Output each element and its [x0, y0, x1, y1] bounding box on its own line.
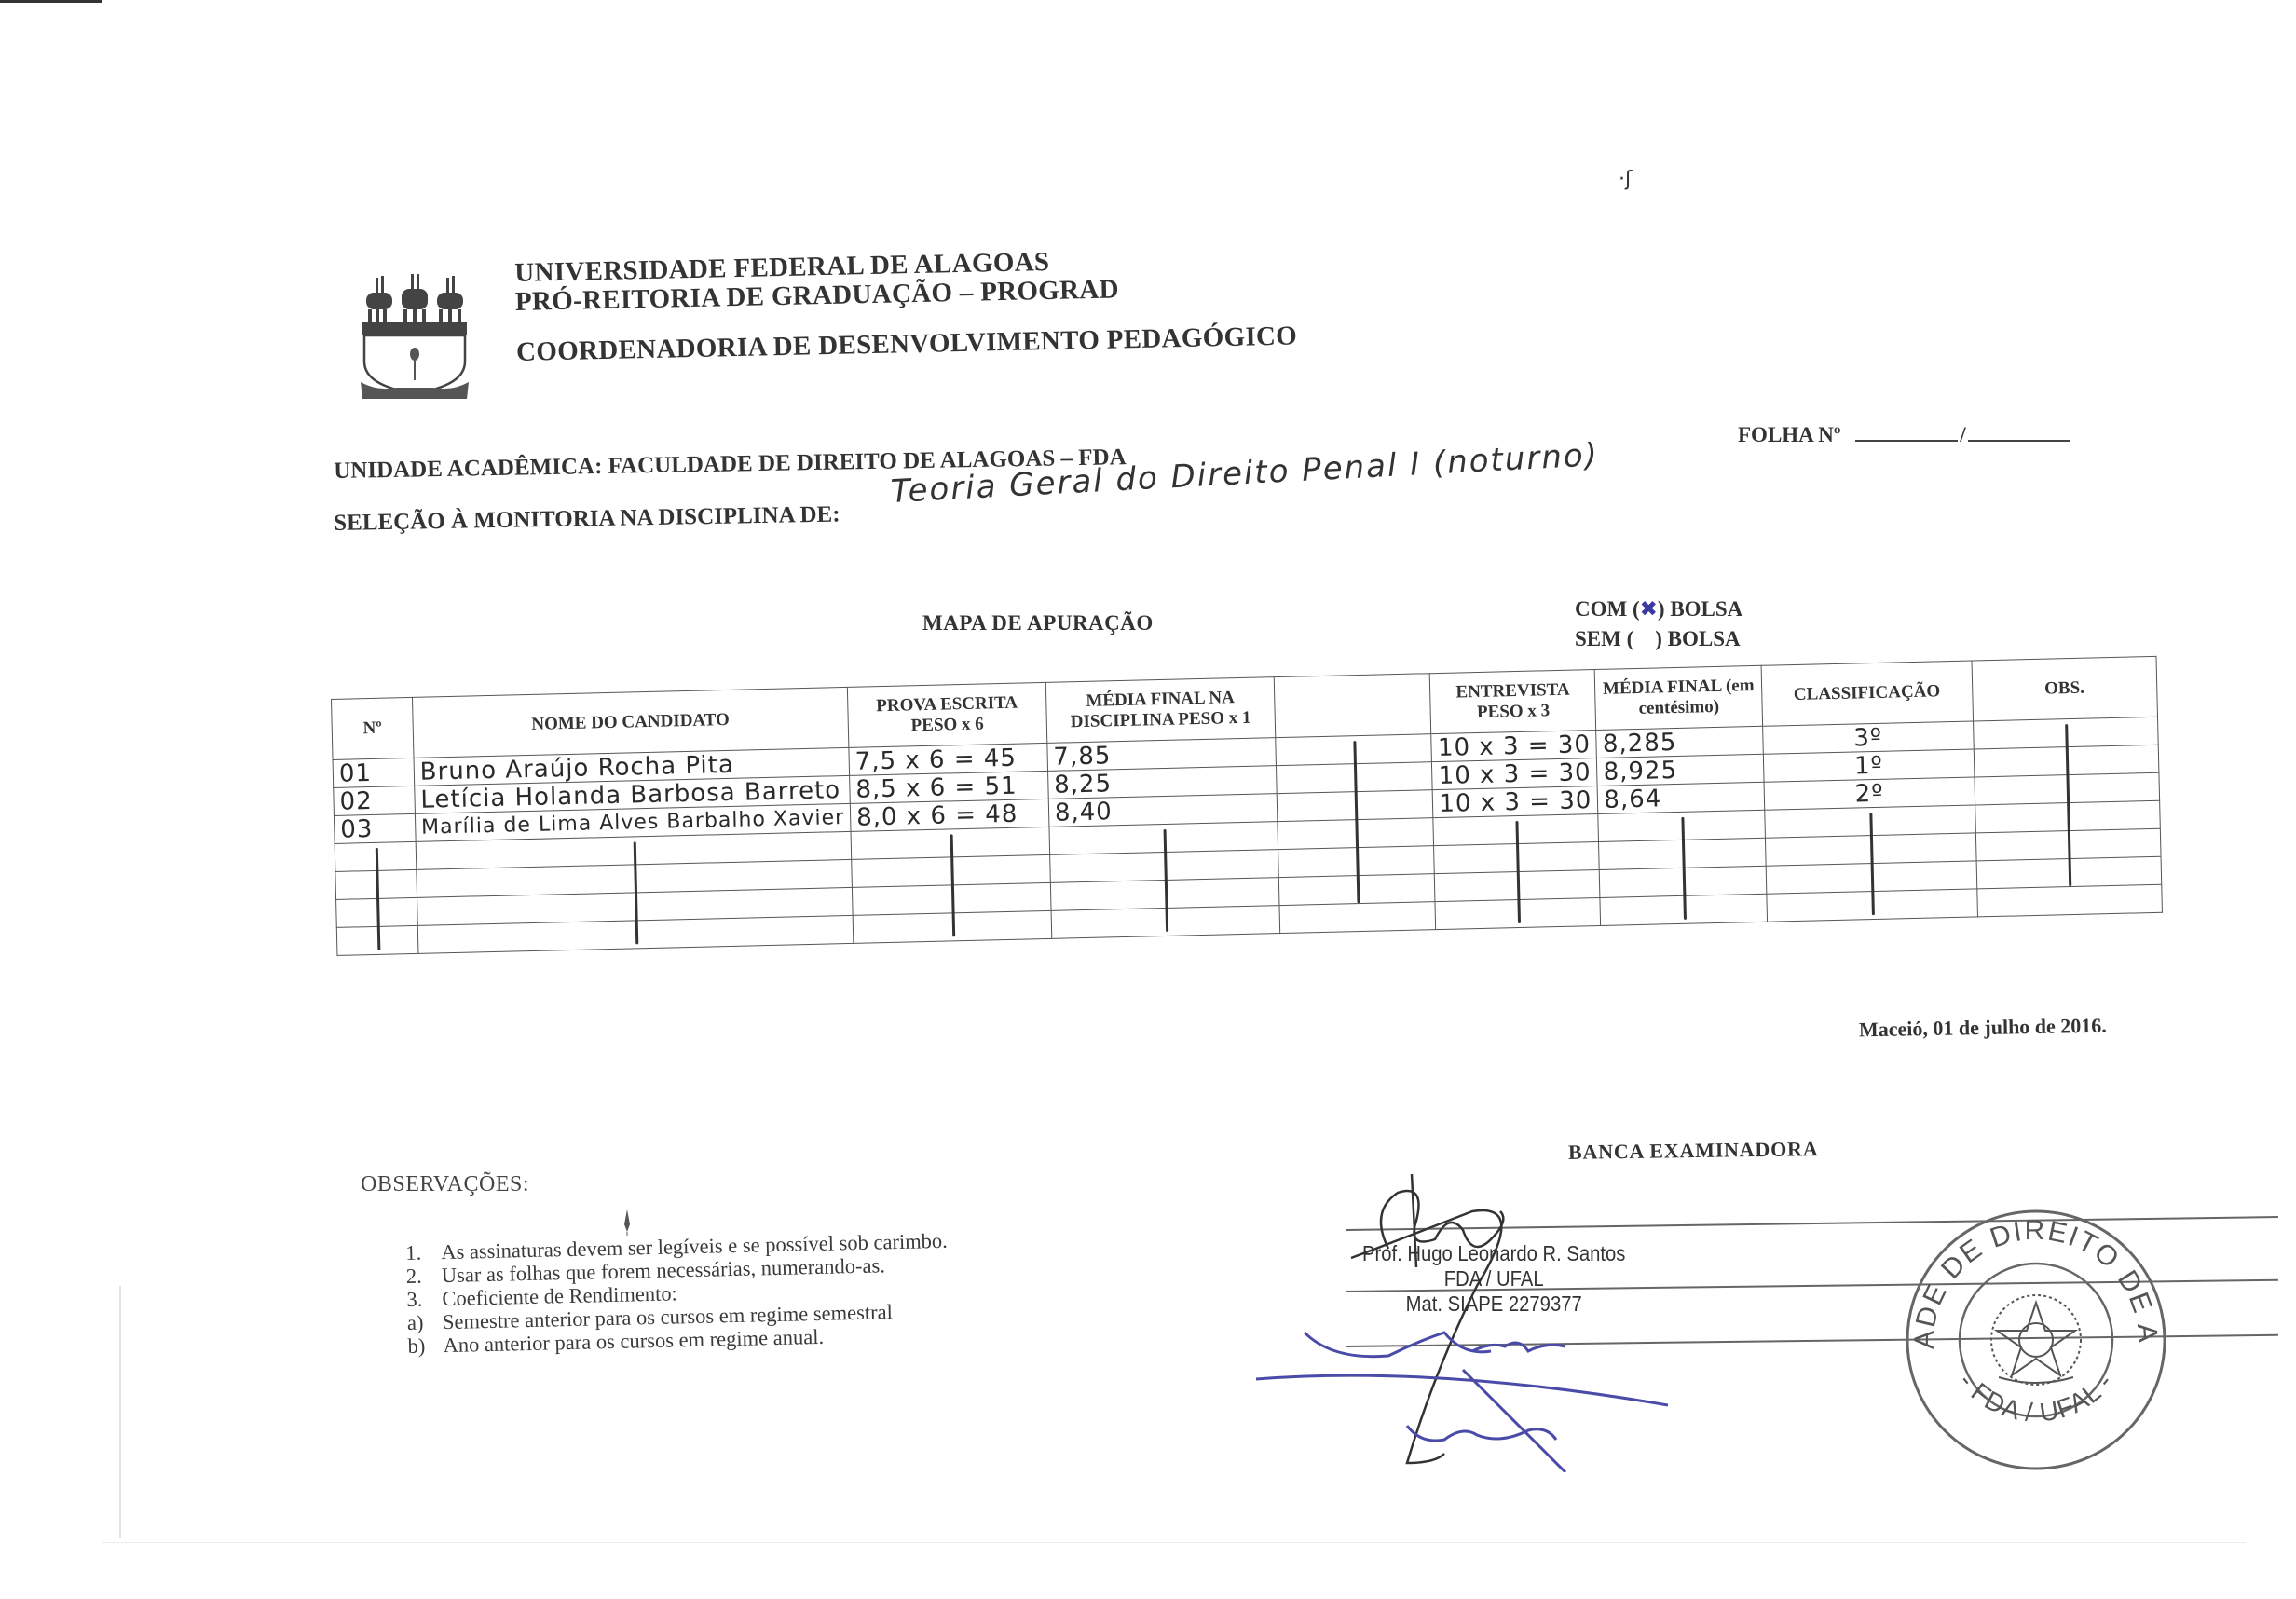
- cell-media-final: 8,285: [1596, 726, 1763, 758]
- col-media-final: MÉDIA FINAL (em centésimo): [1595, 665, 1763, 730]
- local-date: Maceió, 01 de julho de 2016.: [1859, 1014, 2107, 1043]
- col-nome: NOME DO CANDIDATO: [412, 687, 849, 758]
- col-media-disciplina: MÉDIA FINAL NA DISCIPLINA PESO x 1: [1045, 677, 1276, 744]
- com-bolsa-option[interactable]: COM (✖) BOLSA: [1575, 594, 1742, 624]
- cell-entrevista: 10 x 3 = 30: [1432, 758, 1598, 790]
- cell-numero: 03: [334, 813, 416, 843]
- scan-edge-bottom: [102, 1542, 2246, 1543]
- mapa-table-container: Nº NOME DO CANDIDATO PROVA ESCRITA PESO …: [331, 656, 2163, 956]
- cell-media-final: 8,925: [1597, 754, 1764, 786]
- cell-media-final: 8,64: [1597, 782, 1764, 813]
- stray-ink-mark: ·ʃ: [1619, 168, 1632, 191]
- folha-label: FOLHA Nº: [1738, 423, 1840, 446]
- pen-nib-mark-icon: [622, 1209, 632, 1236]
- observacoes-list: 1.As assinaturas devem ser legíveis e se…: [405, 1229, 950, 1358]
- signature-black: [1351, 1174, 1503, 1463]
- brazil-coat-of-arms-icon: [1991, 1295, 2081, 1385]
- cell-entrevista: 10 x 3 = 30: [1431, 731, 1597, 762]
- cell-numero: 02: [334, 786, 416, 815]
- coordenadoria-name: COORDENADORIA DE DESENVOLVIMENTO PEDAGÓG…: [516, 321, 1298, 368]
- examiner-signatures: [1249, 1155, 1901, 1472]
- svg-text:- FDA / UFAL -: - FDA / UFAL -: [1953, 1367, 2119, 1427]
- check-x-icon: ✖: [1640, 597, 1658, 622]
- folha-separator: /: [1960, 423, 1965, 446]
- cell-entrevista: 10 x 3 = 30: [1433, 786, 1599, 817]
- folha-number-blank[interactable]: [1855, 423, 1958, 442]
- empty-cell: [1279, 902, 1436, 934]
- fda-ufal-stamp: FACULDADE DE DIREITO DE ALAGOAS - FDA / …: [1896, 1202, 2176, 1472]
- col-numero: Nº: [332, 697, 414, 759]
- scan-edge-top: [0, 0, 102, 3]
- signature-blue: [1256, 1332, 1668, 1472]
- mapa-table: Nº NOME DO CANDIDATO PROVA ESCRITA PESO …: [331, 656, 2163, 956]
- cell-numero: 01: [333, 758, 415, 787]
- svg-text:FACULDADE DE DIREITO DE ALAGOA: FACULDADE DE DIREITO DE ALAGOAS: [1896, 1202, 2163, 1349]
- col-blank: [1274, 674, 1431, 738]
- sem-bolsa-option[interactable]: SEM ( ) BOLSA: [1575, 624, 1742, 653]
- mapa-title: MAPA DE APURAÇÃO: [922, 611, 1154, 635]
- bolsa-options: COM (✖) BOLSA SEM ( ) BOLSA: [1575, 594, 1742, 653]
- folha-total-blank[interactable]: [1968, 423, 2070, 442]
- selecao-label: SELEÇÃO À MONITORIA NA DISCIPLINA DE:: [334, 502, 840, 537]
- scan-edge-left: [119, 1286, 121, 1537]
- col-prova-escrita: PROVA ESCRITA PESO x 6: [847, 682, 1046, 747]
- header-block: UNIVERSIDADE FEDERAL DE ALAGOAS PRÓ-REIT…: [514, 242, 1297, 368]
- col-classificacao: CLASSIFICAÇÃO: [1761, 661, 1973, 726]
- observacoes-title: OBSERVAÇÕES:: [361, 1172, 529, 1197]
- col-obs: OBS.: [1972, 656, 2158, 721]
- folha-number-field: FOLHA Nº /: [1738, 423, 2070, 447]
- col-entrevista: ENTREVISTA PESO x 3: [1430, 670, 1596, 734]
- ufal-coat-of-arms-icon: [359, 272, 471, 403]
- empty-cell: [1976, 884, 2162, 917]
